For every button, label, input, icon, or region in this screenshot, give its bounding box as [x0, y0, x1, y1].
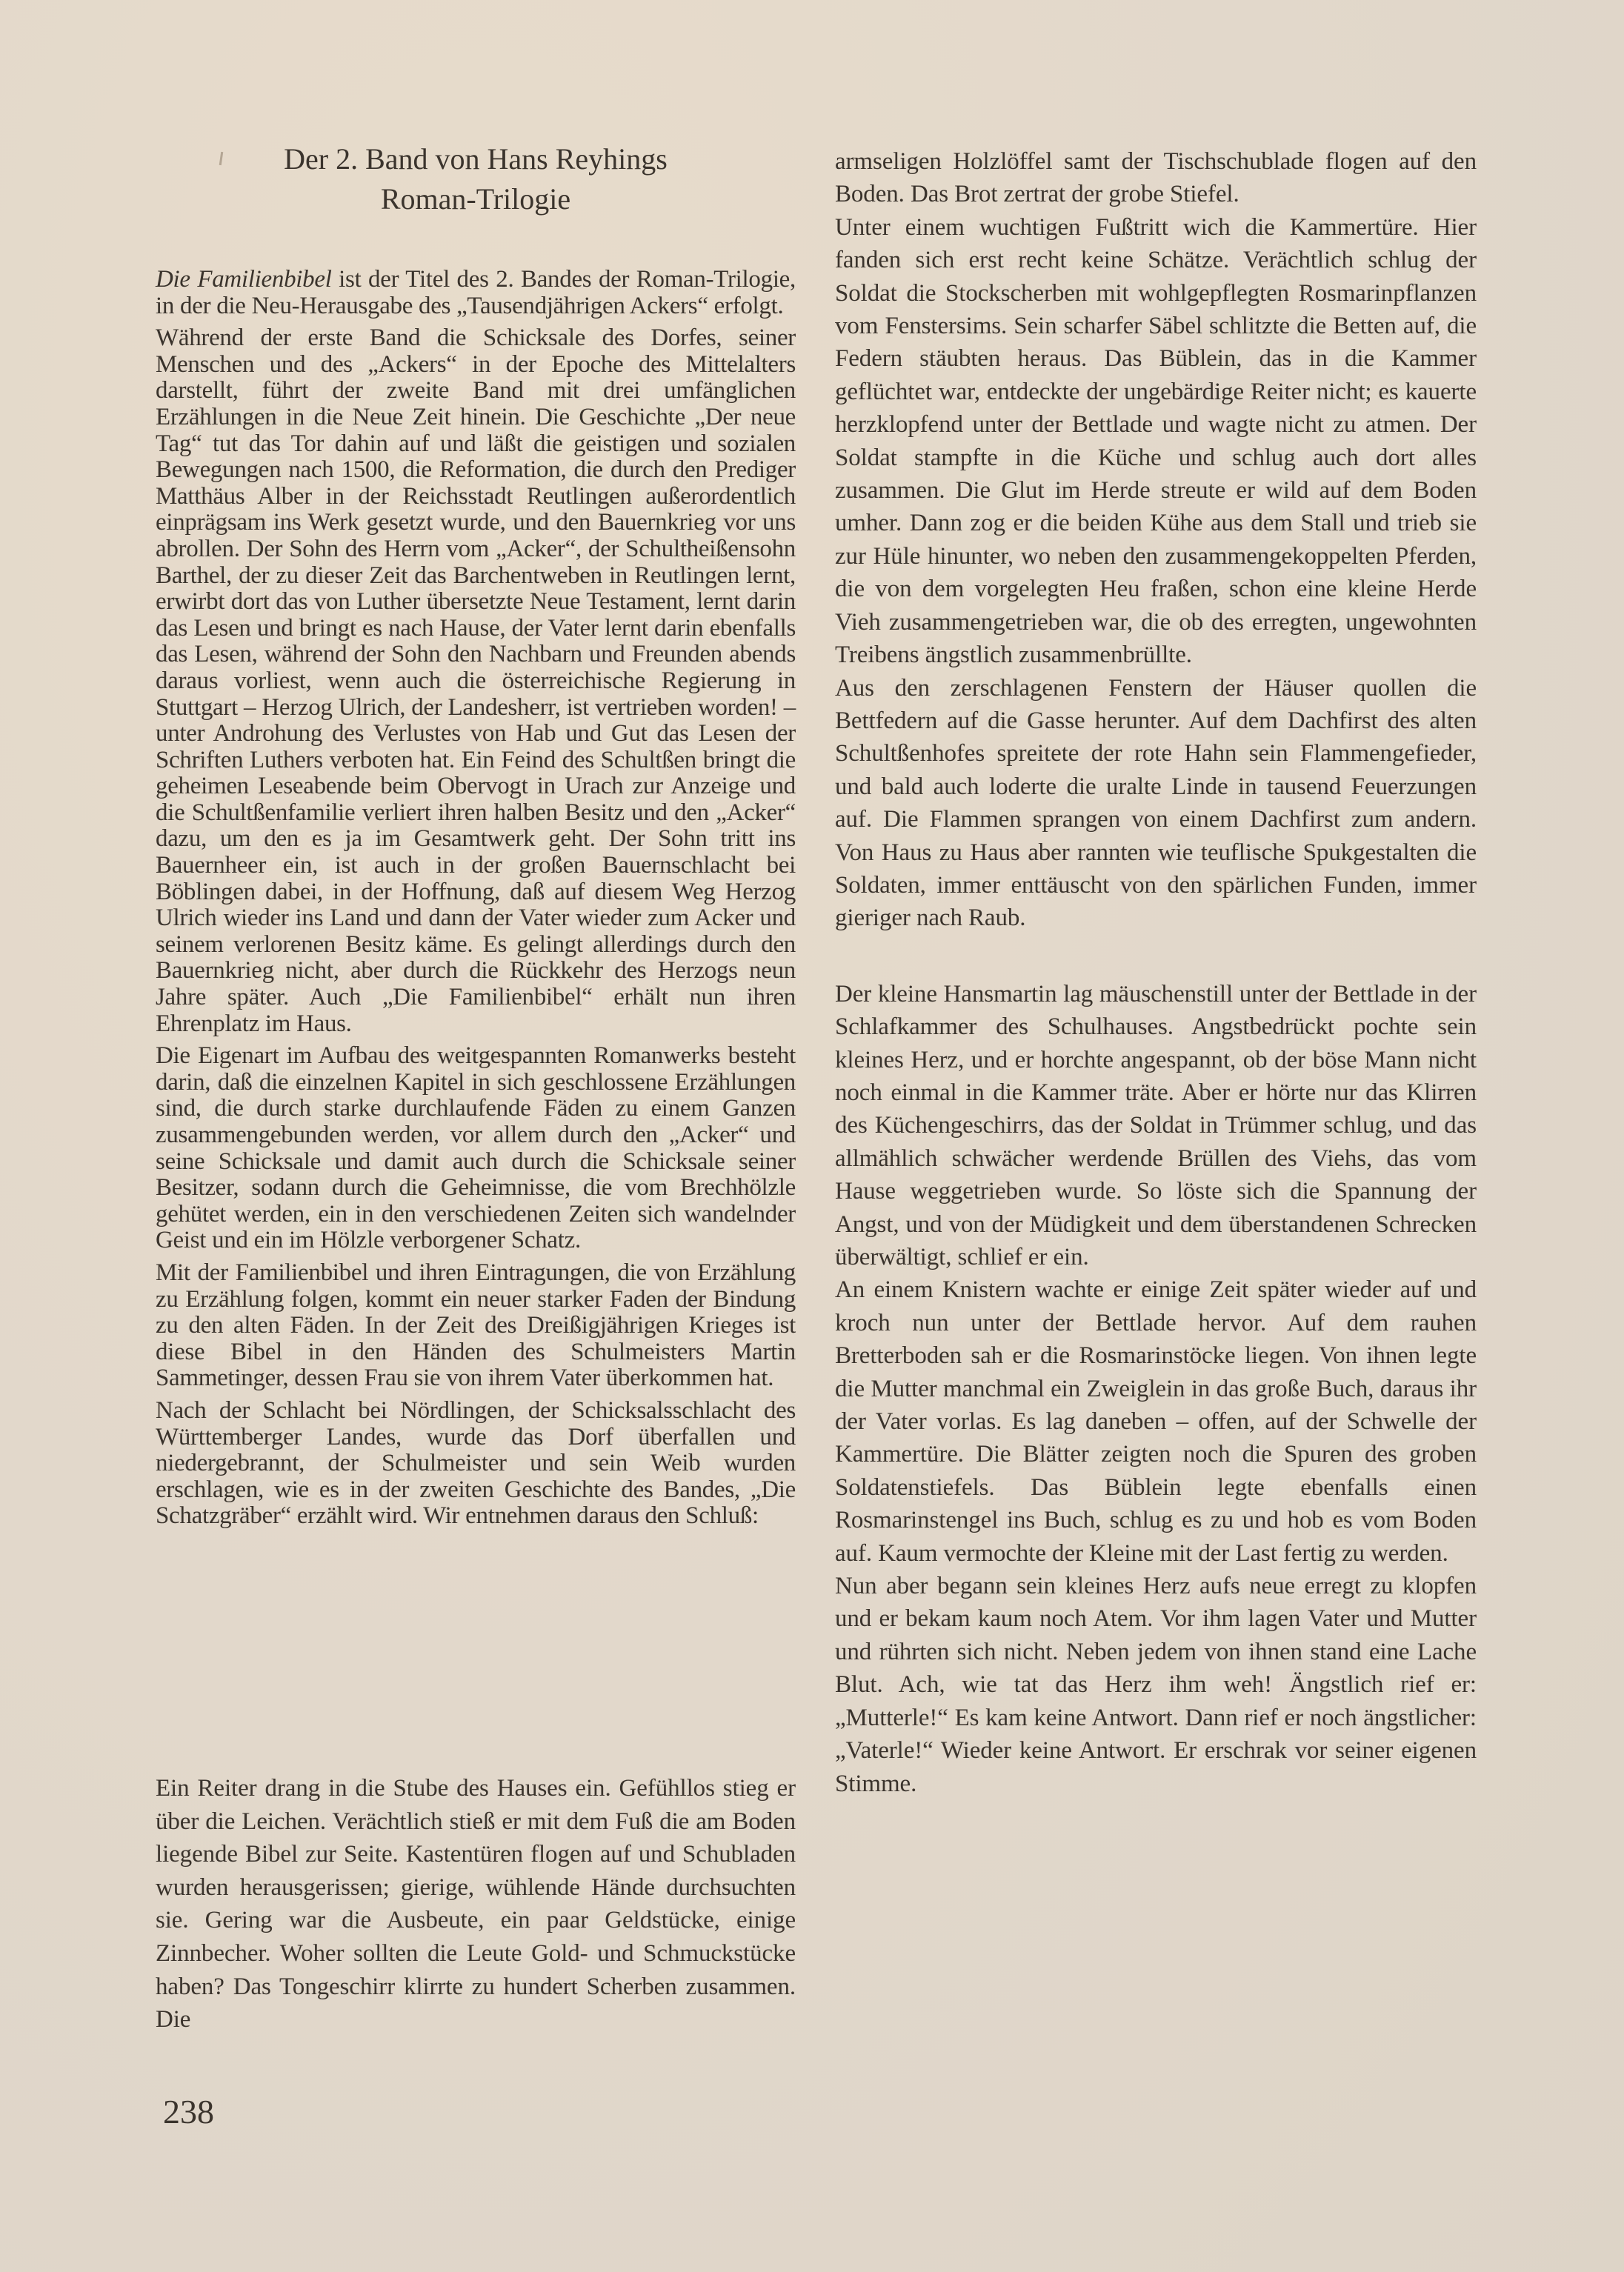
title-line-2: Roman-Trilogie [156, 179, 796, 219]
title-line-1: Der 2. Band von Hans Reyhings [156, 139, 796, 179]
review-paragraph: Mit der Familienbibel und ihren Eintragu… [156, 1260, 796, 1392]
review-paragraph: Während der erste Band die Schicksale de… [156, 325, 796, 1037]
excerpt-paragraph: Nun aber begann sein kleines Herz aufs n… [835, 1570, 1477, 1800]
right-column-excerpt: armseligen Holzlöffel samt der Tischschu… [835, 145, 1477, 1800]
review-paragraph: Nach der Schlacht bei Nördlingen, der Sc… [156, 1398, 796, 1530]
excerpt-paragraph: An einem Knistern wachte er einige Zeit … [835, 1273, 1477, 1570]
excerpt-paragraph: Aus den zerschlagenen Fenstern der Häuse… [835, 672, 1477, 935]
book-title-italic: Die Familienbibel [156, 266, 332, 293]
page-title: Der 2. Band von Hans Reyhings Roman-Tril… [156, 139, 796, 219]
section-break [835, 935, 1477, 978]
page-number: 238 [163, 2093, 214, 2131]
excerpt-paragraph: armseligen Holzlöffel samt der Tischschu… [835, 145, 1477, 211]
excerpt-paragraph: Unter einem wuchtigen Fußtritt wich die … [835, 211, 1477, 672]
excerpt-paragraph: Der kleine Hansmartin lag mäuschenstill … [835, 978, 1477, 1274]
left-column-excerpt: Ein Reiter drang in die Stube des Hauses… [156, 1772, 796, 2036]
intro-paragraph: Die Familienbibel ist der Titel des 2. B… [156, 267, 796, 319]
review-paragraph: Die Eigenart im Aufbau des weitgespannte… [156, 1043, 796, 1254]
excerpt-paragraph: Ein Reiter drang in die Stube des Hauses… [156, 1772, 796, 2036]
left-column-review: Die Familienbibel ist der Titel des 2. B… [156, 267, 796, 1536]
